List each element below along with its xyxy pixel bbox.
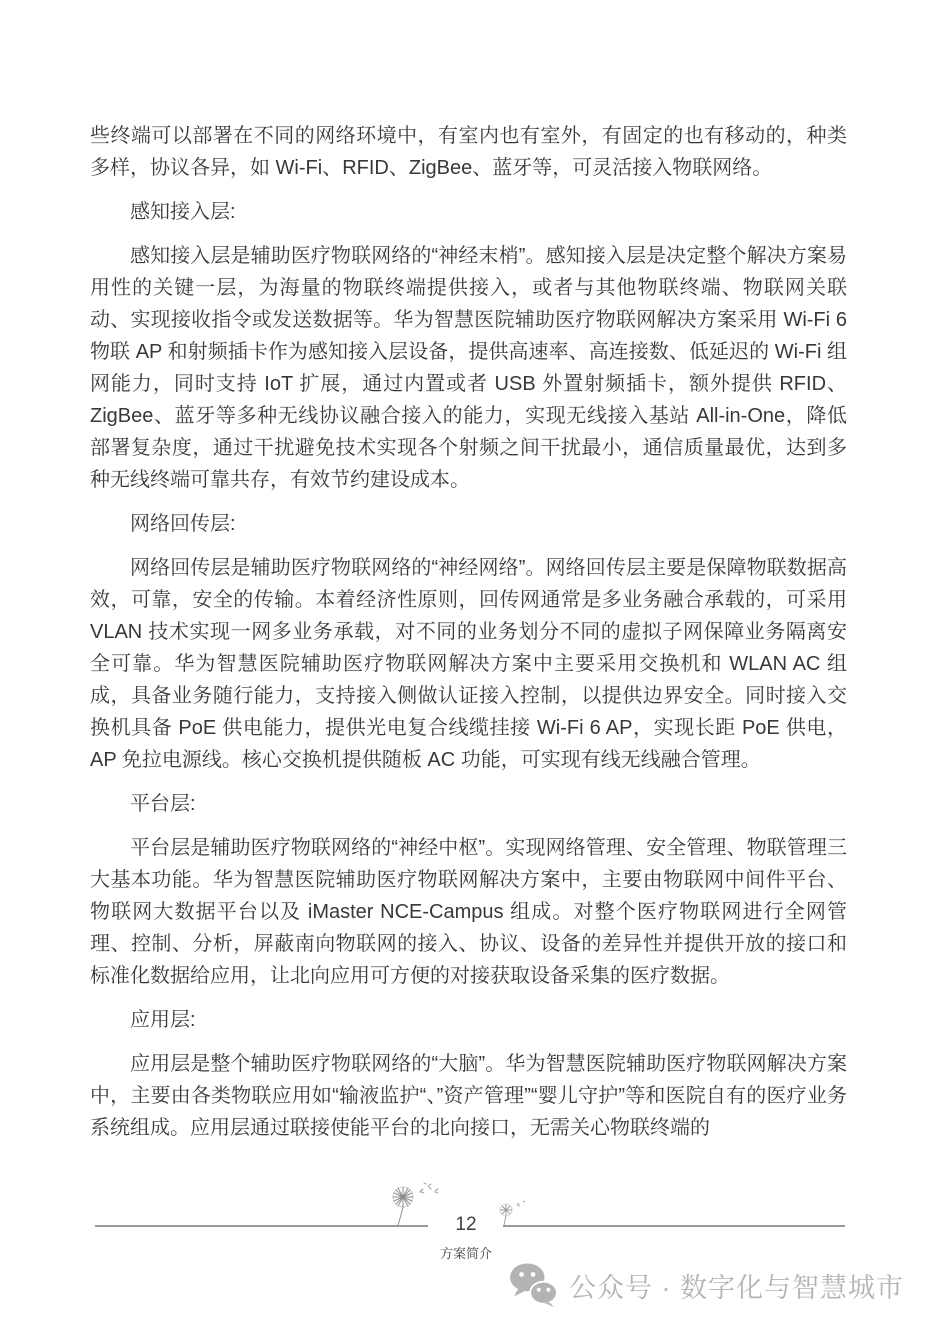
paragraph: 些终端可以部署在不同的网络环境中，有室内也有室外，有固定的也有移动的，种类多样，… [90, 120, 847, 184]
section-heading-application-layer: 应用层: [90, 1004, 847, 1036]
paragraph: 感知接入层是辅助医疗物联网络的“神经末梢”。感知接入层是决定整个解决方案易用性的… [90, 240, 847, 496]
watermark-bar: 公众号 · 数字化与智慧城市 [509, 1263, 904, 1307]
paragraph: 应用层是整个辅助医疗物联网络的“大脑”。华为智慧医院辅助医疗物联网解决方案中，主… [90, 1048, 847, 1144]
paragraph: 网络回传层是辅助医疗物联网络的“神经网络”。网络回传层主要是保障物联数据高效，可… [90, 552, 847, 776]
page-number: 12 [0, 1214, 932, 1236]
paragraph: 平台层是辅助医疗物联网络的“神经中枢”。实现网络管理、安全管理、物联管理三大基本… [90, 832, 847, 992]
section-heading-network-backhaul-layer: 网络回传层: [90, 508, 847, 540]
section-label: 方案简介 [0, 1243, 932, 1262]
section-heading-perception-access-layer: 感知接入层: [90, 196, 847, 228]
wechat-icon [509, 1263, 559, 1307]
document-page: 些终端可以部署在不同的网络环境中，有室内也有室外，有固定的也有移动的，种类多样，… [0, 0, 932, 1323]
section-heading-platform-layer: 平台层: [90, 788, 847, 820]
body-text: 些终端可以部署在不同的网络环境中，有室内也有室外，有固定的也有移动的，种类多样，… [90, 120, 847, 1156]
watermark-text: 公众号 · 数字化与智慧城市 [569, 1266, 904, 1305]
